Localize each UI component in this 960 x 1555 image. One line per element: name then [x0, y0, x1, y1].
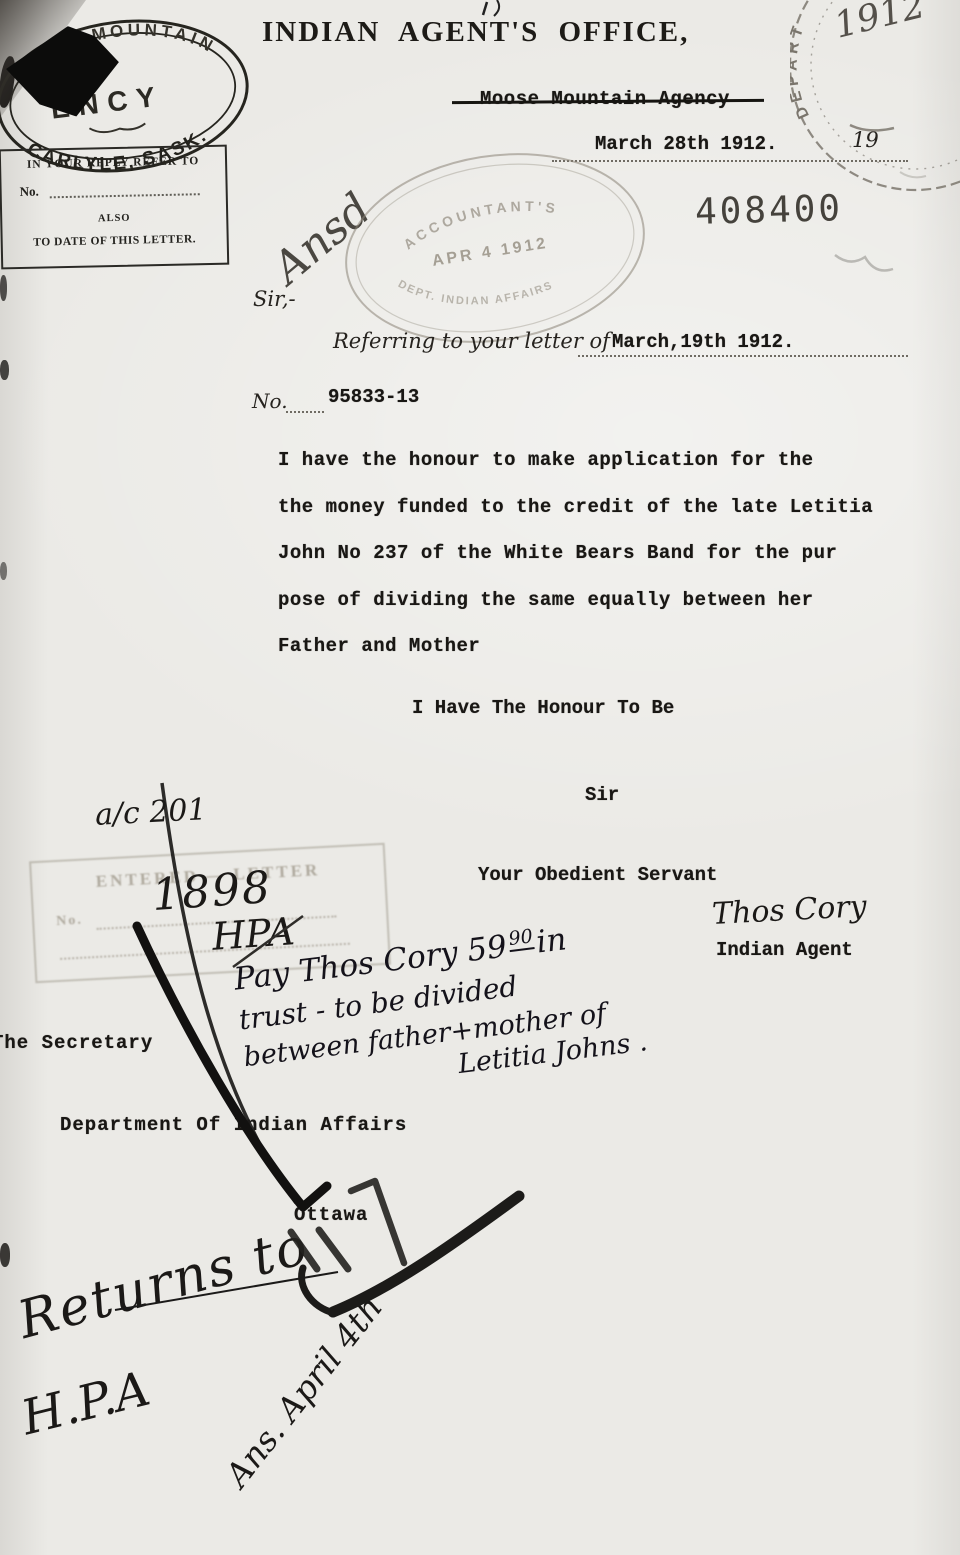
scan-edge-artifact	[0, 1243, 10, 1267]
valediction-line1: I Have The Honour To Be	[412, 697, 674, 719]
round-stamp-arc-left: DEPART	[790, 20, 813, 121]
valediction-line2: Sir	[585, 784, 619, 806]
reference-box-no-dots	[50, 193, 200, 198]
oval-stamp-squiggle	[89, 121, 145, 134]
scan-edge-artifact	[0, 562, 7, 580]
top-edge-pen-mark	[483, 2, 487, 15]
pencil-tally-stroke	[319, 1230, 348, 1269]
valediction-line3: Your Obedient Servant	[478, 864, 717, 886]
referring-dotted-line	[578, 355, 908, 357]
returns-initials-note: H.P.A	[16, 1361, 155, 1447]
scan-edge-artifact	[0, 275, 7, 301]
pay-note-amount-sup: 90	[507, 925, 534, 952]
reference-box-also: ALSO	[2, 211, 226, 227]
recipient-line1: The Secretary	[0, 1032, 153, 1054]
document-page: MOUNTAIN ENCY CARLYLE, SASK. IN YOUR REP…	[0, 0, 960, 1555]
body-line: the money funded to the credit of the la…	[278, 484, 918, 531]
salutation: Sir,-	[253, 287, 296, 311]
registry-number-stamp: 408400	[694, 188, 843, 233]
accountants-stamp-date: APR 4 1912	[431, 235, 549, 270]
scan-edge-artifact	[0, 360, 9, 380]
office-title: INDIAN AGENT'S OFFICE,	[262, 16, 689, 49]
initials-hpa-note: HPA	[211, 909, 297, 959]
svg-text:DEPART: DEPART	[790, 20, 813, 121]
round-stamp-squiggle	[850, 125, 894, 130]
top-edge-pen-mark	[494, 0, 499, 16]
reference-box-line1: IN YOUR REPLY REFER TO	[1, 155, 225, 172]
letter-body: I have the honour to make application fo…	[278, 437, 918, 670]
entered-stamp-line2: No.	[56, 913, 83, 930]
signature: Thos Cory	[711, 889, 867, 932]
body-line: I have the honour to make application fo…	[278, 437, 918, 484]
reference-box-no-label: No.	[19, 184, 38, 200]
body-line: Father and Mother	[278, 623, 918, 670]
received-round-stamp: DEPART AFFAIRS 1912	[790, 0, 960, 210]
accountants-stamp-arc-bottom: DEPT. INDIAN AFFAIRS	[394, 255, 556, 322]
file-number-label: No.	[252, 389, 288, 413]
round-stamp-year: 1912	[830, 0, 929, 47]
file-number-dots	[286, 411, 324, 413]
recipient-line2: Department Of Indian Affairs	[60, 1114, 407, 1136]
account-number-note: a/c 201	[94, 792, 207, 833]
referring-value: March,19th 1912.	[612, 331, 794, 353]
referring-label: Referring to your letter of	[333, 329, 610, 353]
body-line: pose of dividing the same equally betwee…	[278, 577, 918, 624]
answered-diagonal-note: Ans. April 4th	[217, 1288, 390, 1494]
returns-to-note: Returns to	[12, 1216, 315, 1351]
recipient-line3: Ottawa	[294, 1204, 368, 1226]
body-line: John No 237 of the White Bears Band for …	[278, 530, 918, 577]
file-number-value: 95833-13	[328, 386, 419, 408]
reference-box: IN YOUR REPLY REFER TO No. ALSO TO DATE …	[0, 145, 229, 270]
faint-pencil-squiggle	[835, 255, 893, 271]
pay-note-part2: in	[534, 921, 568, 960]
reference-box-line4: TO DATE OF THIS LETTER.	[3, 233, 227, 250]
svg-text:DEPT. INDIAN AFFAIRS: DEPT. INDIAN AFFAIRS	[394, 255, 556, 322]
signature-title: Indian Agent	[716, 939, 853, 961]
